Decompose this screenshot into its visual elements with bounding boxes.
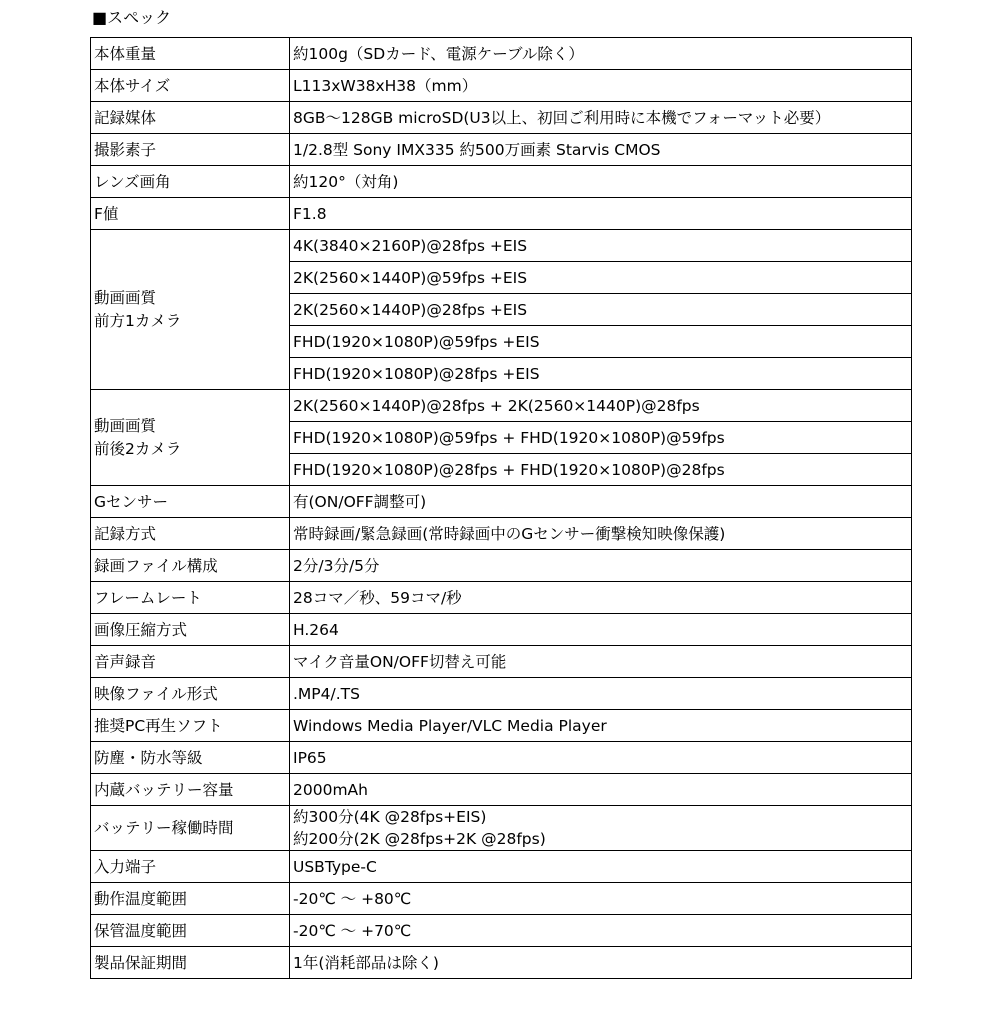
- spec-value: FHD(1920×1080P)@59fps + FHD(1920×1080P)@…: [290, 422, 912, 454]
- spec-row-file-structure: 録画ファイル構成 2分/3分/5分: [91, 550, 912, 582]
- spec-value: 2分/3分/5分: [290, 550, 912, 582]
- spec-row-pc-software: 推奨PC再生ソフト Windows Media Player/VLC Media…: [91, 710, 912, 742]
- spec-row-operating-temp: 動作温度範囲 -20℃ 〜 +80℃: [91, 883, 912, 915]
- spec-value: Windows Media Player/VLC Media Player: [290, 710, 912, 742]
- spec-value: L113xW38xH38（mm）: [290, 70, 912, 102]
- spec-label: 撮影素子: [91, 134, 290, 166]
- spec-row-g-sensor: Gセンサー 有(ON/OFF調整可): [91, 486, 912, 518]
- spec-table: 本体重量 約100g（SDカード、電源ケーブル除く） 本体サイズ L113xW3…: [90, 37, 912, 979]
- spec-value: USBType-C: [290, 851, 912, 883]
- spec-label-video-dual: 動画画質 前後2カメラ: [91, 390, 290, 486]
- spec-label: 音声録音: [91, 646, 290, 678]
- spec-value: FHD(1920×1080P)@28fps +EIS: [290, 358, 912, 390]
- spec-label: 本体重量: [91, 38, 290, 70]
- spec-value: 28コマ／秒、59コマ/秒: [290, 582, 912, 614]
- spec-value: 1年(消耗部品は除く): [290, 947, 912, 979]
- spec-value: 約120°（対角): [290, 166, 912, 198]
- spec-label: レンズ画角: [91, 166, 290, 198]
- spec-row-video-front: 動画画質 前方1カメラ 4K(3840×2160P)@28fps +EIS: [91, 230, 912, 262]
- spec-label: 記録媒体: [91, 102, 290, 134]
- spec-row-battery-capacity: 内蔵バッテリー容量 2000mAh: [91, 774, 912, 806]
- spec-value: 8GB〜128GB microSD(U3以上、初回ご利用時に本機でフォーマット必…: [290, 102, 912, 134]
- spec-value: IP65: [290, 742, 912, 774]
- section-title: ■スペック: [92, 8, 171, 28]
- spec-label: 防塵・防水等級: [91, 742, 290, 774]
- spec-label: 本体サイズ: [91, 70, 290, 102]
- spec-value: 4K(3840×2160P)@28fps +EIS: [290, 230, 912, 262]
- spec-value: 2K(2560×1440P)@28fps +EIS: [290, 294, 912, 326]
- spec-label: 内蔵バッテリー容量: [91, 774, 290, 806]
- spec-value: FHD(1920×1080P)@28fps + FHD(1920×1080P)@…: [290, 454, 912, 486]
- spec-row-frame-rate: フレームレート 28コマ／秒、59コマ/秒: [91, 582, 912, 614]
- spec-row-compression: 画像圧縮方式 H.264: [91, 614, 912, 646]
- spec-row-input-port: 入力端子 USBType-C: [91, 851, 912, 883]
- spec-value: マイク音量ON/OFF切替え可能: [290, 646, 912, 678]
- spec-row-warranty: 製品保証期間 1年(消耗部品は除く): [91, 947, 912, 979]
- spec-value: 1/2.8型 Sony IMX335 約500万画素 Starvis CMOS: [290, 134, 912, 166]
- spec-label: バッテリー稼働時間: [91, 806, 290, 851]
- spec-value: 2K(2560×1440P)@59fps +EIS: [290, 262, 912, 294]
- spec-row-f-number: F値 F1.8: [91, 198, 912, 230]
- spec-row-file-format: 映像ファイル形式 .MP4/.TS: [91, 678, 912, 710]
- spec-label: 保管温度範囲: [91, 915, 290, 947]
- spec-value: .MP4/.TS: [290, 678, 912, 710]
- spec-value: -20℃ 〜 +70℃: [290, 915, 912, 947]
- spec-value: FHD(1920×1080P)@59fps +EIS: [290, 326, 912, 358]
- spec-row-size: 本体サイズ L113xW38xH38（mm）: [91, 70, 912, 102]
- spec-row-recording-mode: 記録方式 常時録画/緊急録画(常時録画中のGセンサー衝撃検知映像保護): [91, 518, 912, 550]
- spec-row-lens-angle: レンズ画角 約120°（対角): [91, 166, 912, 198]
- spec-row-battery-time: バッテリー稼働時間 約300分(4K @28fps+EIS) 約200分(2K …: [91, 806, 912, 851]
- spec-label: 映像ファイル形式: [91, 678, 290, 710]
- spec-label: Gセンサー: [91, 486, 290, 518]
- spec-label: 動作温度範囲: [91, 883, 290, 915]
- spec-value: F1.8: [290, 198, 912, 230]
- spec-label: フレームレート: [91, 582, 290, 614]
- spec-row-weight: 本体重量 約100g（SDカード、電源ケーブル除く）: [91, 38, 912, 70]
- spec-value: 2K(2560×1440P)@28fps + 2K(2560×1440P)@28…: [290, 390, 912, 422]
- spec-label: 推奨PC再生ソフト: [91, 710, 290, 742]
- spec-label: 録画ファイル構成: [91, 550, 290, 582]
- spec-row-storage-temp: 保管温度範囲 -20℃ 〜 +70℃: [91, 915, 912, 947]
- spec-row-video-dual: 動画画質 前後2カメラ 2K(2560×1440P)@28fps + 2K(25…: [91, 390, 912, 422]
- spec-row-media: 記録媒体 8GB〜128GB microSD(U3以上、初回ご利用時に本機でフォ…: [91, 102, 912, 134]
- spec-row-waterproof: 防塵・防水等級 IP65: [91, 742, 912, 774]
- spec-value: -20℃ 〜 +80℃: [290, 883, 912, 915]
- spec-label: 製品保証期間: [91, 947, 290, 979]
- spec-value: 2000mAh: [290, 774, 912, 806]
- spec-label: 記録方式: [91, 518, 290, 550]
- spec-label: F値: [91, 198, 290, 230]
- spec-label: 入力端子: [91, 851, 290, 883]
- spec-row-audio: 音声録音 マイク音量ON/OFF切替え可能: [91, 646, 912, 678]
- spec-row-sensor: 撮影素子 1/2.8型 Sony IMX335 約500万画素 Starvis …: [91, 134, 912, 166]
- spec-label: 画像圧縮方式: [91, 614, 290, 646]
- spec-value: 常時録画/緊急録画(常時録画中のGセンサー衝撃検知映像保護): [290, 518, 912, 550]
- spec-value-battery-time: 約300分(4K @28fps+EIS) 約200分(2K @28fps+2K …: [290, 806, 912, 851]
- spec-value: H.264: [290, 614, 912, 646]
- spec-value: 約100g（SDカード、電源ケーブル除く）: [290, 38, 912, 70]
- spec-value: 有(ON/OFF調整可): [290, 486, 912, 518]
- spec-label-video-front: 動画画質 前方1カメラ: [91, 230, 290, 390]
